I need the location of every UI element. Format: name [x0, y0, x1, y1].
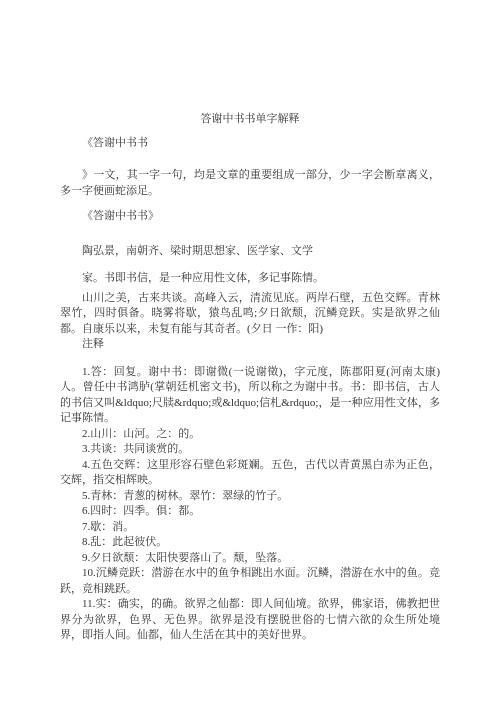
note-item-4: 4.五色交辉：这里形容石壁色彩斑斓。五色，古代以青黄黑白赤为正色，交辉，指交相辉… — [60, 458, 440, 489]
document-title: 答谢中书书单字解释 — [60, 112, 440, 128]
paragraph-original-text: 山川之美，古来共谈。高峰入云，清流见底。两岸石壁，五色交辉。青林翠竹，四时俱备。… — [60, 291, 440, 338]
note-item-2: 2.山川：山河。之：的。 — [60, 427, 440, 443]
notes-heading: 注释 — [60, 337, 440, 353]
paragraph-author-line2: 家。书即书信，是一种应用性文体，多记事陈情。 — [60, 271, 440, 287]
note-item-8: 8.乱：此起彼伏。 — [60, 535, 440, 551]
note-item-10: 10.沉鳞竞跃：潜游在水中的鱼争相跳出水面。沉鳞，潜游在水中的鱼。竞跃，竞相跳跃… — [60, 566, 440, 597]
paragraph-book-title-open: 《答谢中书书 — [60, 136, 440, 152]
notes-section: 1.答：回复。谢中书：即谢微(一说谢徵)，字元度，陈郡阳夏(河南太康)人。曾任中… — [60, 365, 440, 644]
paragraph-intro: 》一文，其一字一句，均是文章的重要组成一部分，少一字会断章离义，多一字便画蛇添足… — [60, 168, 440, 199]
paragraph-book-title: 《答谢中书书》 — [60, 209, 440, 225]
note-item-7: 7.歇：消。 — [60, 520, 440, 536]
document-page: 答谢中书书单字解释 《答谢中书书 》一文，其一字一句，均是文章的重要组成一部分，… — [60, 112, 440, 644]
note-item-1: 1.答：回复。谢中书：即谢微(一说谢徵)，字元度，陈郡阳夏(河南太康)人。曾任中… — [60, 365, 440, 427]
paragraph-author-line1: 陶弘景，南朝齐、梁时期思想家、医学家、文学 — [60, 244, 440, 260]
note-item-11: 11.实：确实，的确。欲界之仙都：即人间仙境。欲界，佛家语，佛教把世界分为欲界，… — [60, 597, 440, 644]
note-item-3: 3.共谈：共同谈赏的。 — [60, 442, 440, 458]
note-item-6: 6.四时：四季。俱：都。 — [60, 504, 440, 520]
note-item-5: 5.青林：青葱的树林。翠竹：翠绿的竹子。 — [60, 489, 440, 505]
note-item-9: 9.夕日欲颓：太阳快要落山了。颓，坠落。 — [60, 551, 440, 567]
